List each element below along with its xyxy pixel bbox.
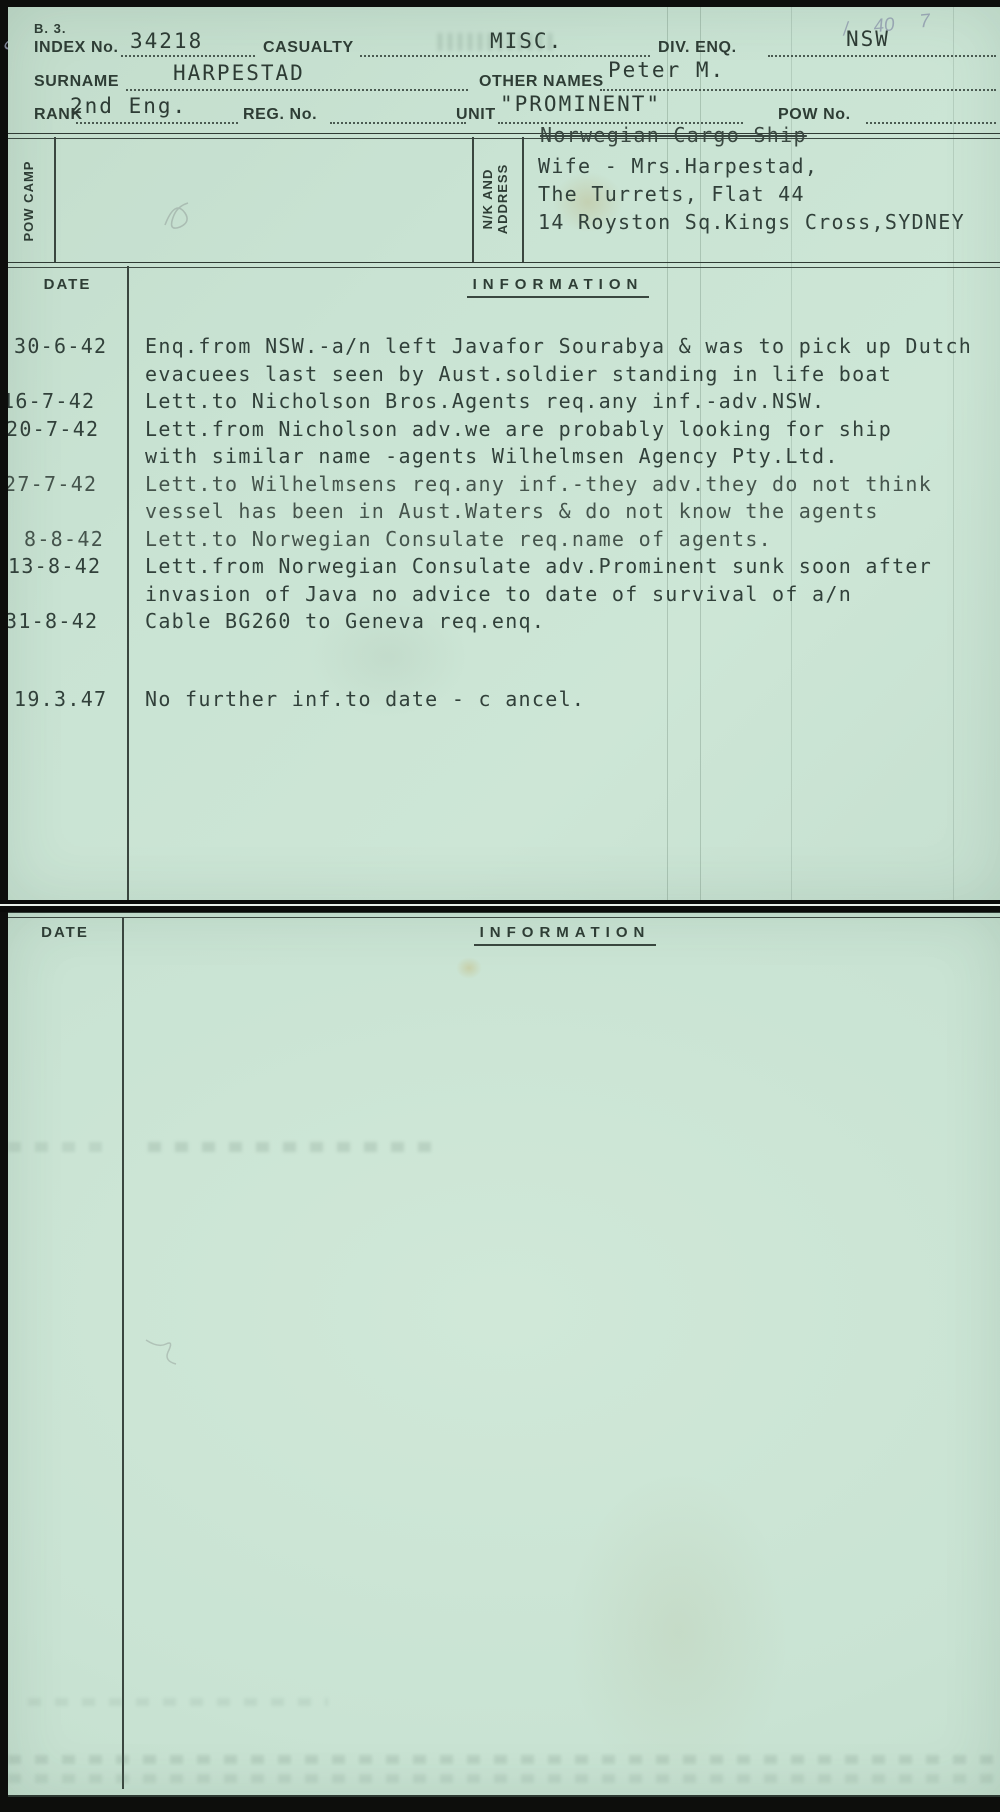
other-names-value: Peter M. — [608, 58, 725, 82]
entry-info-line: No further inf.to date - c ancel. — [145, 686, 1000, 714]
entry-info-line: invasion of Java no advice to date of su… — [145, 581, 1000, 609]
reg-no-label: REG. No. — [243, 106, 317, 124]
entry-info-line: Lett.to Nicholson Bros.Agents req.any in… — [145, 388, 1000, 416]
pencil-mark-top-right: / 40 7 — [842, 10, 931, 41]
date-column-header: DATE — [8, 276, 127, 293]
stain — [456, 957, 482, 979]
pow-no-line — [866, 106, 996, 124]
info-table-body: 30-6-42Enq.from NSW.-a/n left Javafor So… — [8, 333, 1000, 713]
stain — [568, 1472, 788, 1792]
table-row: 20-7-42Lett.from Nicholson adv.we are pr… — [8, 416, 1000, 471]
entry-date: 19.3.47 — [8, 686, 127, 714]
index-no-value: 34218 — [130, 29, 203, 53]
entry-date: 31-8-42 — [8, 608, 127, 636]
casualty-label: CASUALTY — [263, 39, 354, 57]
entry-date: 20-7-42 — [8, 416, 127, 444]
address-line: Wife - Mrs.Harpestad, — [538, 154, 818, 178]
entry-info-line: vessel has been in Aust.Waters & do not … — [145, 498, 1000, 526]
section-divider — [8, 133, 1000, 139]
index-no-label: INDEX No. — [34, 39, 119, 57]
struck-out-text: Norwegian Cargo Ship — [540, 123, 807, 147]
bleed-through-band — [8, 1755, 1000, 1764]
nk-address-divider-right — [522, 137, 524, 263]
date-column-header: DATE — [8, 924, 122, 941]
entry-info-line: evacuees last seen by Aust.soldier stand… — [145, 361, 1000, 389]
form-code: B. 3. — [34, 21, 66, 36]
card-top-edge — [8, 912, 1000, 918]
scanned-pow-index-card-page: { "form": { "form_code": "B. 3.", "index… — [0, 0, 1000, 1812]
table-row: 13-8-42Lett.from Norwegian Consulate adv… — [8, 553, 1000, 608]
entry-date: 8-8-42 — [8, 526, 127, 554]
continuation-card: DATE INFORMATION — [8, 912, 1000, 1797]
entry-info-line: Lett.from Norwegian Consulate adv.Promin… — [145, 553, 1000, 581]
reg-no-line — [330, 106, 466, 124]
surname-value: HARPESTAD — [173, 61, 305, 85]
table-row: 27-7-42Lett.to Wilhelmsens req.any inf.-… — [8, 471, 1000, 526]
table-row: 16-7-42Lett.to Nicholson Bros.Agents req… — [8, 388, 1000, 416]
entry-date: 30-6-42 — [8, 333, 127, 361]
bleed-through-band — [8, 1774, 1000, 1783]
pow-camp-label: POW CAMP — [21, 141, 39, 261]
entry-date: 27-7-42 — [8, 471, 127, 499]
table-row: 30-6-42Enq.from NSW.-a/n left Javafor So… — [8, 333, 1000, 388]
entry-info: Cable BG260 to Geneva req.enq. — [127, 608, 1000, 636]
pow-camp-divider — [54, 137, 56, 263]
entry-info: Lett.from Nicholson adv.we are probably … — [127, 416, 1000, 471]
entry-info-line: Enq.from NSW.-a/n left Javafor Sourabya … — [145, 333, 1000, 361]
nk-address-label-line1: N/K AND — [480, 154, 495, 244]
card-bottom-edge — [8, 1795, 1000, 1797]
entry-info: Lett.from Norwegian Consulate adv.Promin… — [127, 553, 1000, 608]
bleed-through-band — [8, 1142, 108, 1152]
address-line: The Turrets, Flat 44 — [538, 182, 805, 206]
unit-value: "PROMINENT" — [500, 92, 661, 116]
index-card-front: B. 3. INDEX No. 34218 CASUALTY MISC. DIV… — [8, 7, 1000, 902]
entry-info: No further inf.to date - c ancel. — [127, 686, 1000, 714]
div-enq-label: DIV. ENQ. — [658, 39, 737, 57]
pow-no-label: POW No. — [778, 106, 851, 124]
entry-info-line: Lett.from Nicholson adv.we are probably … — [145, 416, 1000, 444]
scan-gap — [0, 900, 1000, 912]
address-line: 14 Royston Sq.Kings Cross,SYDNEY — [538, 210, 965, 234]
table-top-border — [8, 262, 1000, 268]
info-column-header: INFORMATION — [400, 924, 730, 946]
table-row: 19.3.47No further inf.to date - c ancel. — [8, 686, 1000, 714]
rank-value: 2nd Eng. — [70, 94, 187, 118]
nk-address-label: N/K AND ADDRESS — [480, 154, 514, 244]
entry-info: Lett.to Wilhelmsens req.any inf.-they ad… — [127, 471, 1000, 526]
entry-date: 13-8-42 — [8, 553, 127, 581]
entry-info-line: Lett.to Wilhelmsens req.any inf.-they ad… — [145, 471, 1000, 499]
bleed-through-band — [148, 1142, 438, 1152]
entry-info-line: Cable BG260 to Geneva req.enq. — [145, 608, 1000, 636]
entry-info: Lett.to Nicholson Bros.Agents req.any in… — [127, 388, 1000, 416]
unit-label: UNIT — [456, 106, 496, 124]
pencil-squiggle — [153, 185, 208, 235]
entry-info-line: Lett.to Norwegian Consulate req.name of … — [145, 526, 1000, 554]
other-names-label: OTHER NAMES — [479, 73, 604, 91]
entry-info-line: with similar name -agents Wilhelmsen Age… — [145, 443, 1000, 471]
date-column-divider — [122, 917, 124, 1789]
bleed-through-band — [28, 1698, 328, 1706]
nk-address-divider-left — [472, 137, 474, 263]
entry-date: 16-7-42 — [8, 388, 127, 416]
entry-info: Lett.to Norwegian Consulate req.name of … — [127, 526, 1000, 554]
pencil-squiggle — [138, 1330, 184, 1370]
nk-address-label-line2: ADDRESS — [495, 154, 510, 244]
table-row: 31-8-42Cable BG260 to Geneva req.enq. — [8, 608, 1000, 636]
info-column-header: INFORMATION — [378, 276, 738, 298]
casualty-value: MISC. — [490, 29, 563, 53]
surname-label: SURNAME — [34, 73, 119, 91]
entry-info: Enq.from NSW.-a/n left Javafor Sourabya … — [127, 333, 1000, 388]
table-row: 8-8-42Lett.to Norwegian Consulate req.na… — [8, 526, 1000, 554]
